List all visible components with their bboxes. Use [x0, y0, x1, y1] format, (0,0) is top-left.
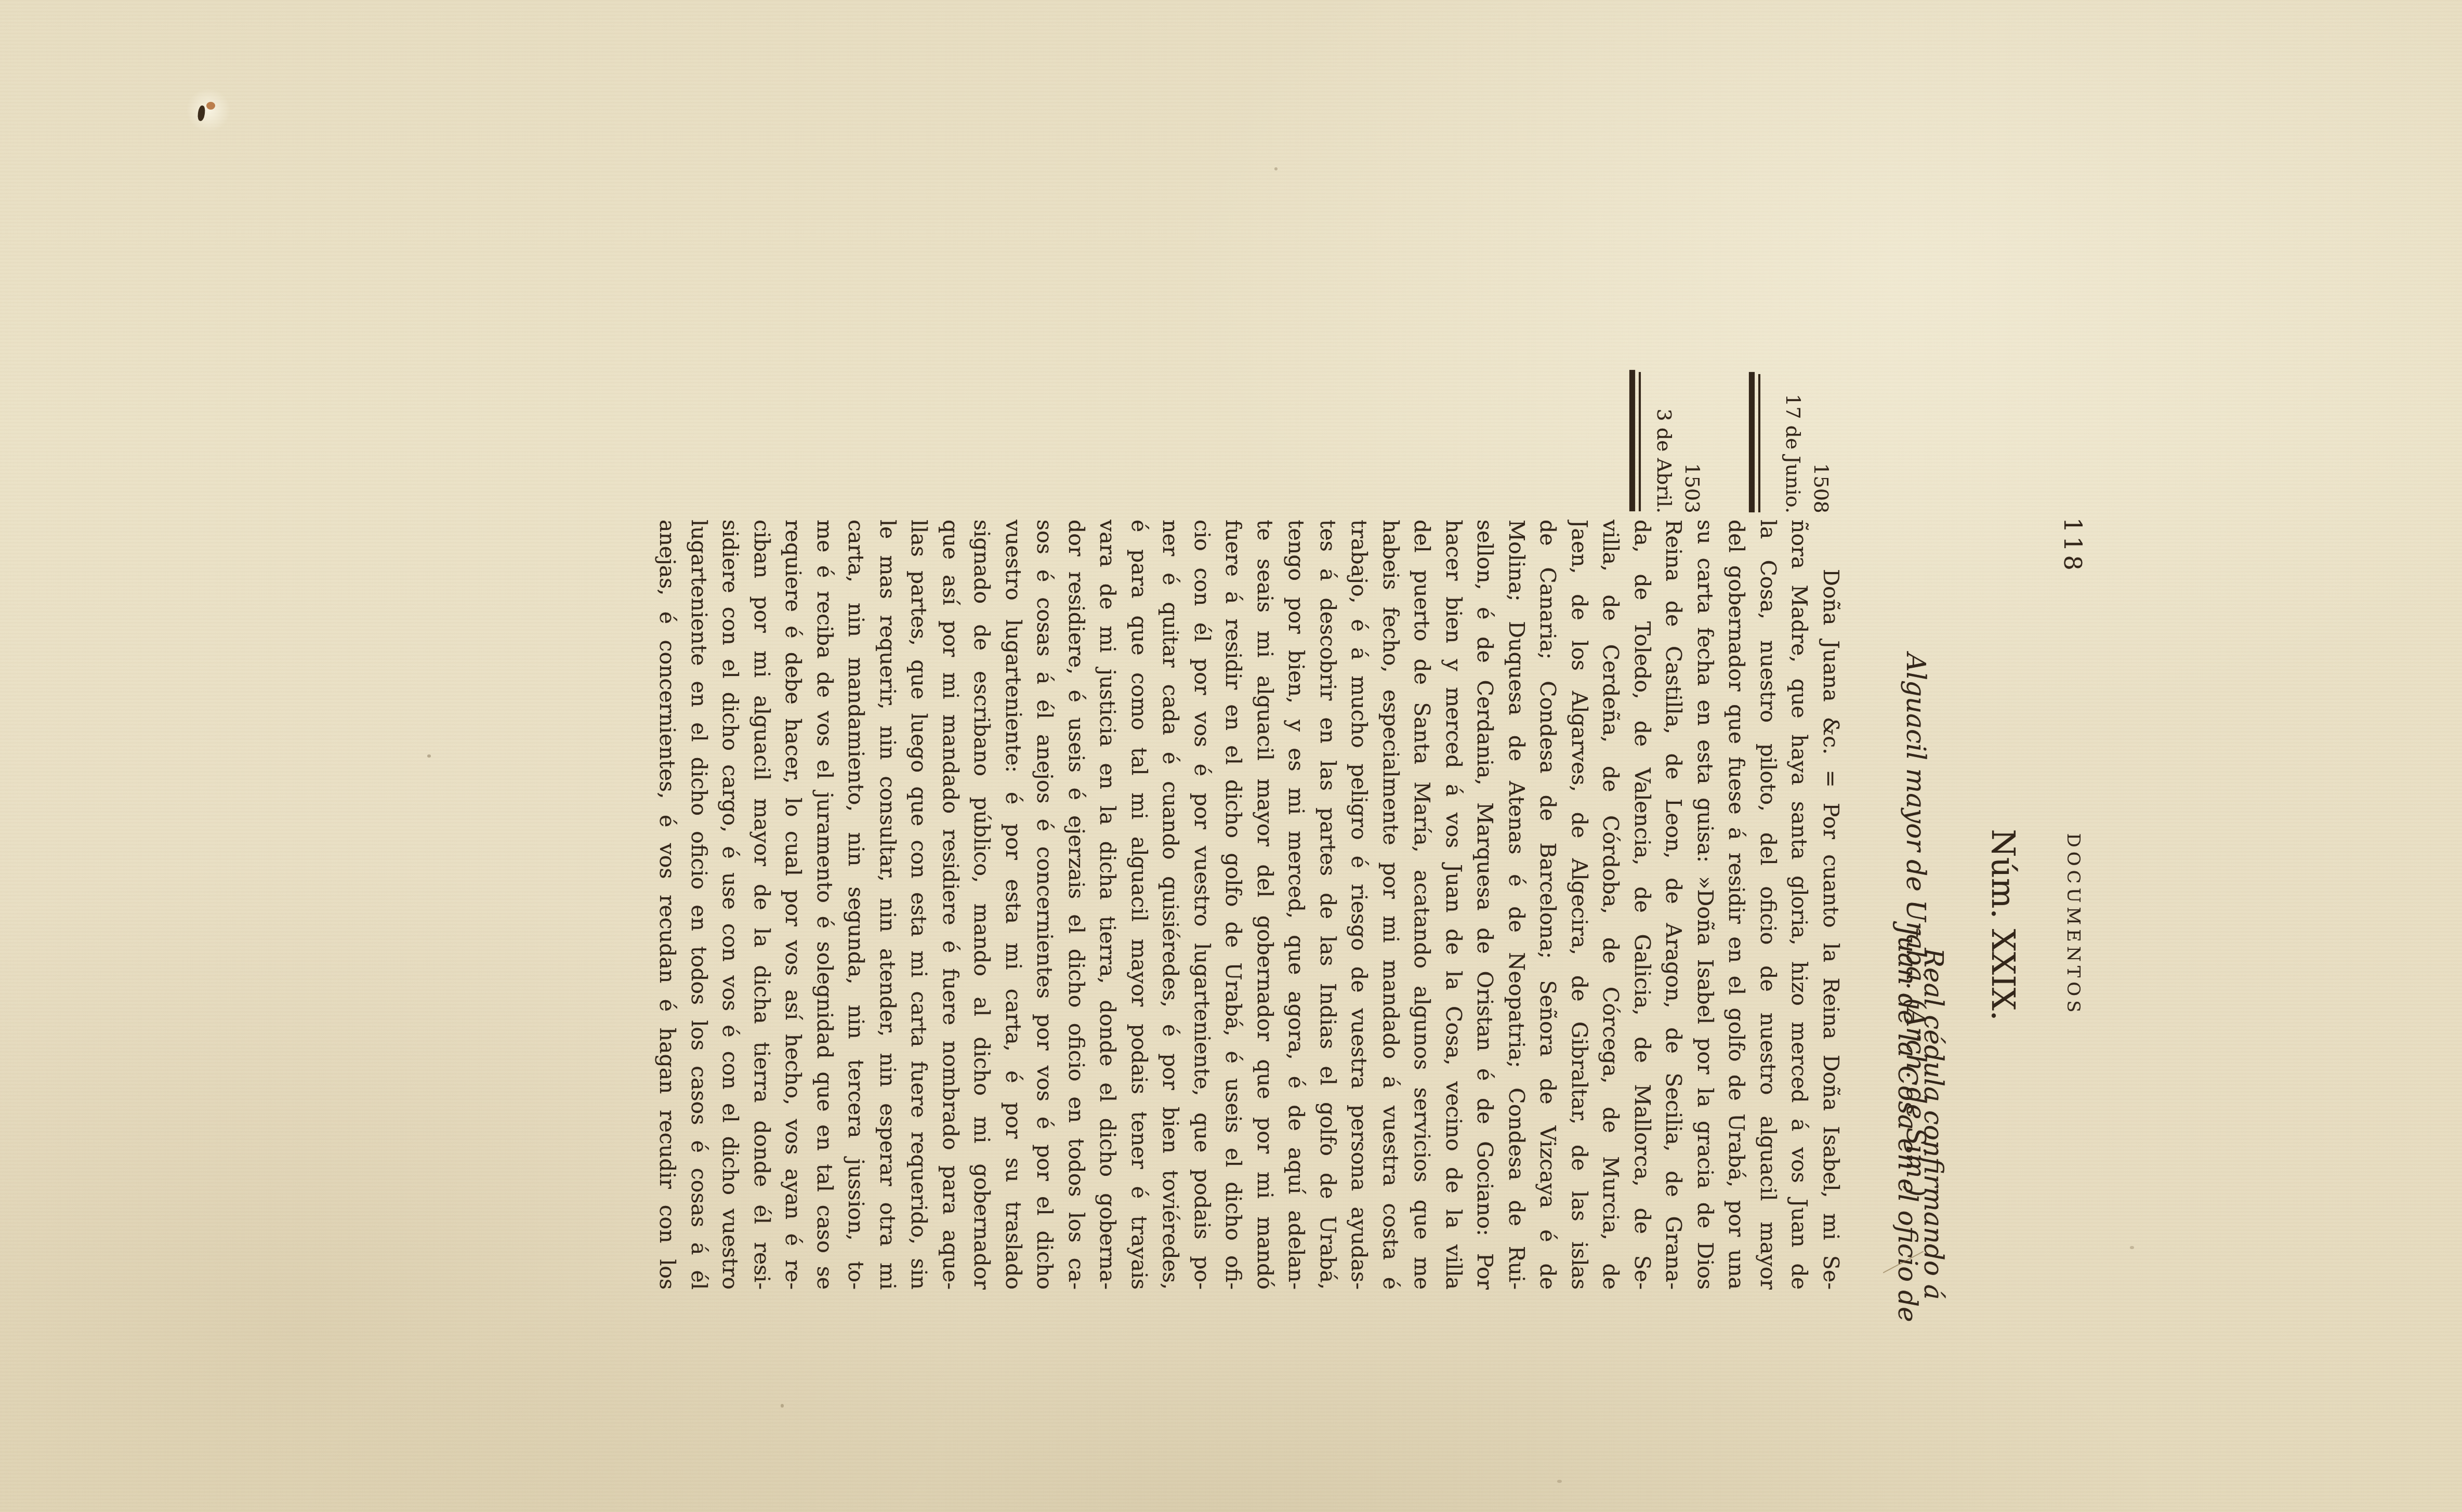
body-line: vuestro lugarteniente: é por esta mi car…: [998, 520, 1030, 1290]
body-line: de Canaria; Condesa de Barcelona; Señora…: [1532, 520, 1564, 1290]
body-line: cio con él por vos é por vuestro lugarte…: [1187, 520, 1218, 1290]
body-line: sellon, é de Cerdania, Marquesa de Orist…: [1469, 520, 1501, 1290]
body-line: Jaen, de los Algarves, de Algecira, de G…: [1564, 520, 1596, 1290]
body-line: ñora Madre, que haya santa gloria, hizo …: [1784, 520, 1815, 1290]
running-header: DOCUMENTOS: [2064, 529, 2082, 1321]
paper-fleck: [1274, 167, 1278, 170]
paper-fleck: [781, 1404, 784, 1408]
body-line: sidiere con el dicho cargo, é use con vo…: [715, 520, 746, 1290]
margin-note-1508: 1508 17 de Junio.: [1779, 363, 1835, 513]
body-line: trabajo, é á mucho peligro é riesgo de v…: [1344, 520, 1375, 1290]
foxing-spot: [206, 102, 215, 110]
margin-note-date: 3 de Abril.: [1650, 363, 1678, 513]
body-line: habeis fecho, especialmente por mi manda…: [1375, 520, 1407, 1290]
body-line: Reina de Castilla, de Leon, de Aragon, d…: [1658, 520, 1690, 1290]
body-line: anejas, é concernientes, é vos recudan é…: [652, 520, 683, 1290]
body-line: Molina; Duquesa de Atenas é de Neopatria…: [1501, 520, 1533, 1290]
body-line: fuere á residir en el dicho golfo de Ura…: [1218, 520, 1249, 1290]
document-title: Real cédula confirmando á Juan de la Cos…: [1903, 527, 1946, 1323]
margin-rule-thin: [1639, 372, 1641, 511]
margin-note-year: 1508: [1807, 363, 1835, 513]
body-line: le mas requerir, nin consultar, nin aten…: [872, 520, 904, 1290]
body-line: la Cosa, nuestro piloto, del oficio de n…: [1753, 520, 1784, 1290]
body-line: del puerto de Santa María, acatando algu…: [1406, 520, 1438, 1290]
body-line: me é reciba de vos el juramento é solegn…: [809, 520, 841, 1290]
body-line: carta, nin mandamiento, nin segunda, nin…: [840, 520, 872, 1290]
body-line: é para que como tal mi alguacil mayor po…: [1124, 520, 1155, 1290]
body-line: te seais mi alguacil mayor del gobernado…: [1249, 520, 1281, 1290]
document-number: Núm. XXIX.: [1987, 529, 2019, 1321]
body-line: que así por mi mandado residiere é fuere…: [935, 520, 967, 1290]
margin-rule-thick: [1629, 370, 1635, 511]
body-line: ciban por mi alguacil mayor de la dicha …: [746, 520, 778, 1290]
margin-note-year: 1503: [1678, 363, 1706, 513]
body-line: su carta fecha en esta guisa: »Doña Isab…: [1690, 520, 1721, 1290]
printed-page: 118 DOCUMENTOS Núm. XXIX. Real cédula co…: [0, 0, 2462, 1512]
margin-rule-thick: [1749, 372, 1755, 512]
body-line: llas partes, que luego que con esta mi c…: [903, 520, 935, 1290]
paper-fleck: [2130, 1246, 2134, 1249]
body-line: requiere é debe hacer, lo cual por vos a…: [778, 520, 809, 1290]
body-line: ner é quitar cada é cuando quisiéredes, …: [1155, 520, 1187, 1290]
body-line: lugarteniente en el dicho oficio en todo…: [683, 520, 715, 1290]
margin-note-1503: 1503 3 de Abril.: [1650, 363, 1706, 513]
paper-stain-halo: [185, 89, 232, 131]
body-line: villa, de Cerdeña, de Córdoba, de Córceg…: [1595, 520, 1627, 1290]
paper-fleck: [427, 754, 431, 758]
body-line: da, de Toledo, de Valencia, de Galicia, …: [1627, 520, 1658, 1290]
body-line: hacer bien y merced á vos Juan de la Cos…: [1438, 520, 1470, 1290]
body-line: vara de mi justicia en la dicha tierra, …: [1092, 520, 1124, 1290]
body-line: Doña Juana &c. = Por cuanto la Reina Doñ…: [1815, 520, 1847, 1290]
body-line: signado de escribano público, mando al d…: [966, 520, 998, 1290]
paper-fleck: [1557, 1480, 1562, 1483]
body-line: sos é cosas á él anejos é concernientes …: [1029, 520, 1061, 1290]
body-line: dor residiere, é useis é ejerzais el dic…: [1061, 520, 1092, 1290]
body-text: Doña Juana &c. = Por cuanto la Reina Doñ…: [652, 520, 1847, 1290]
body-line: tes á descobrir en las partes de las Ind…: [1312, 520, 1344, 1290]
margin-note-date: 17 de Junio.: [1779, 363, 1807, 513]
margin-rule-thin: [1758, 374, 1760, 512]
body-line: tengo por bien, y es mi merced, que agor…: [1281, 520, 1312, 1290]
scanned-book-page: 118 DOCUMENTOS Núm. XXIX. Real cédula co…: [0, 0, 2462, 1512]
body-line: del gobernador que fuese á residir en el…: [1721, 520, 1753, 1290]
